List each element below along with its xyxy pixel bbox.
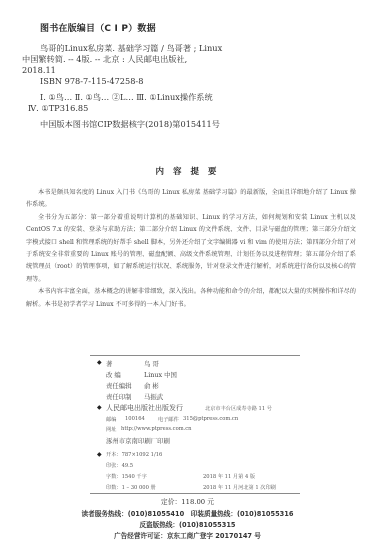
spec-edition: 2018 年 11 月第 4 版 [203,473,255,480]
bullet-diamond-icon: ◆ [97,404,102,411]
price: 定价：118.00 元 [0,496,375,506]
spec-printing: 2018 年 11 月河北第 1 次印刷 [203,484,276,491]
ad-license: 广告经营许可证：京东工商广登字 20170147 号 [0,530,375,540]
bullet-diamond-icon: ◆ [97,359,102,366]
website-label: 网址 [106,426,116,433]
credit-name: 俞 彬 [144,381,159,390]
credit-name: Linux 中国 [144,370,177,379]
cip-line-number: 中国版本图书馆CIP数据核字(2018)第015411号 [40,119,220,130]
cip-line-date: 2018.11 [22,65,56,76]
postcode: 100164 [125,416,145,422]
abstract-paragraph: 本书内容丰富全面，基本概念的讲解非常细致，深入浅出。各种功能和命令的介绍，都配以… [26,286,356,311]
credit-name: 鸟 哥 [144,359,159,368]
cip-line-edition: 中国繁转简. -- 4版. -- 北京 : 人民邮电出版社, [22,54,187,65]
spec-copies: 印数：1 – 30 000 册 [106,484,156,491]
abstract-paragraph: 本书是颇具知名度的 Linux 入门书《鸟哥的 Linux 私房菜 基础学习篇》… [26,187,356,212]
cip-title: 图书在版编目（C I P）数据 [40,21,156,34]
bullet-diamond-icon: ◆ [97,451,102,458]
email-label: 电子邮件 [158,416,179,423]
credit-name: 马振武 [144,392,163,401]
credit-role: 改 编 [106,370,121,379]
top-rule [90,355,300,356]
publisher-address: 北京市丰台区成寿寺路 11 号 [205,405,272,412]
abstract-body: 本书是颇具知名度的 Linux 入门书《鸟哥的 Linux 私房菜 基础学习篇》… [26,187,356,311]
printer: 涿州市京南印刷厂印刷 [106,436,170,445]
credit-role: 责任编辑 [106,381,132,390]
cip-line-title: 鸟哥的Linux私房菜. 基础学习篇 / 鸟哥著 ; Linux [40,43,222,54]
bottom-rule [90,493,300,494]
credit-role: 责任印制 [106,392,132,401]
credit-role: 著 [106,359,112,368]
cip-line-tp: Ⅳ. ①TP316.85 [28,103,88,114]
cip-line-classification: Ⅰ. ①鸟… Ⅱ. ①鸟… ②L… Ⅲ. ①Linux操作系统 [40,92,213,103]
abstract-paragraph: 全书分为五部分：第一部分着重说明计算机的基础知识、Linux 的学习方法，如何规… [26,212,356,286]
postcode-label: 邮编 [106,416,116,423]
hotline-antipiracy: 反盗版热线：(010)81055315 [0,519,375,529]
hotline-service: 读者服务热线：(010)81055410 印装质量热线：(010)8105531… [0,508,375,518]
cip-line-isbn: ISBN 978-7-115-47258-8 [40,76,143,87]
publisher-name: 人民邮电出版社出版发行 [106,403,183,413]
email: 315@ptpress.com.cn [183,416,238,422]
spec-sheets: 印张：49.5 [106,462,133,469]
abstract-title: 内 容 提 要 [0,165,375,177]
spec-words: 字数：1540 千字 [106,473,147,480]
website: http://www.ptpress.com.cn [121,426,192,432]
spec-format: 开本：787×1092 1/16 [106,451,162,458]
